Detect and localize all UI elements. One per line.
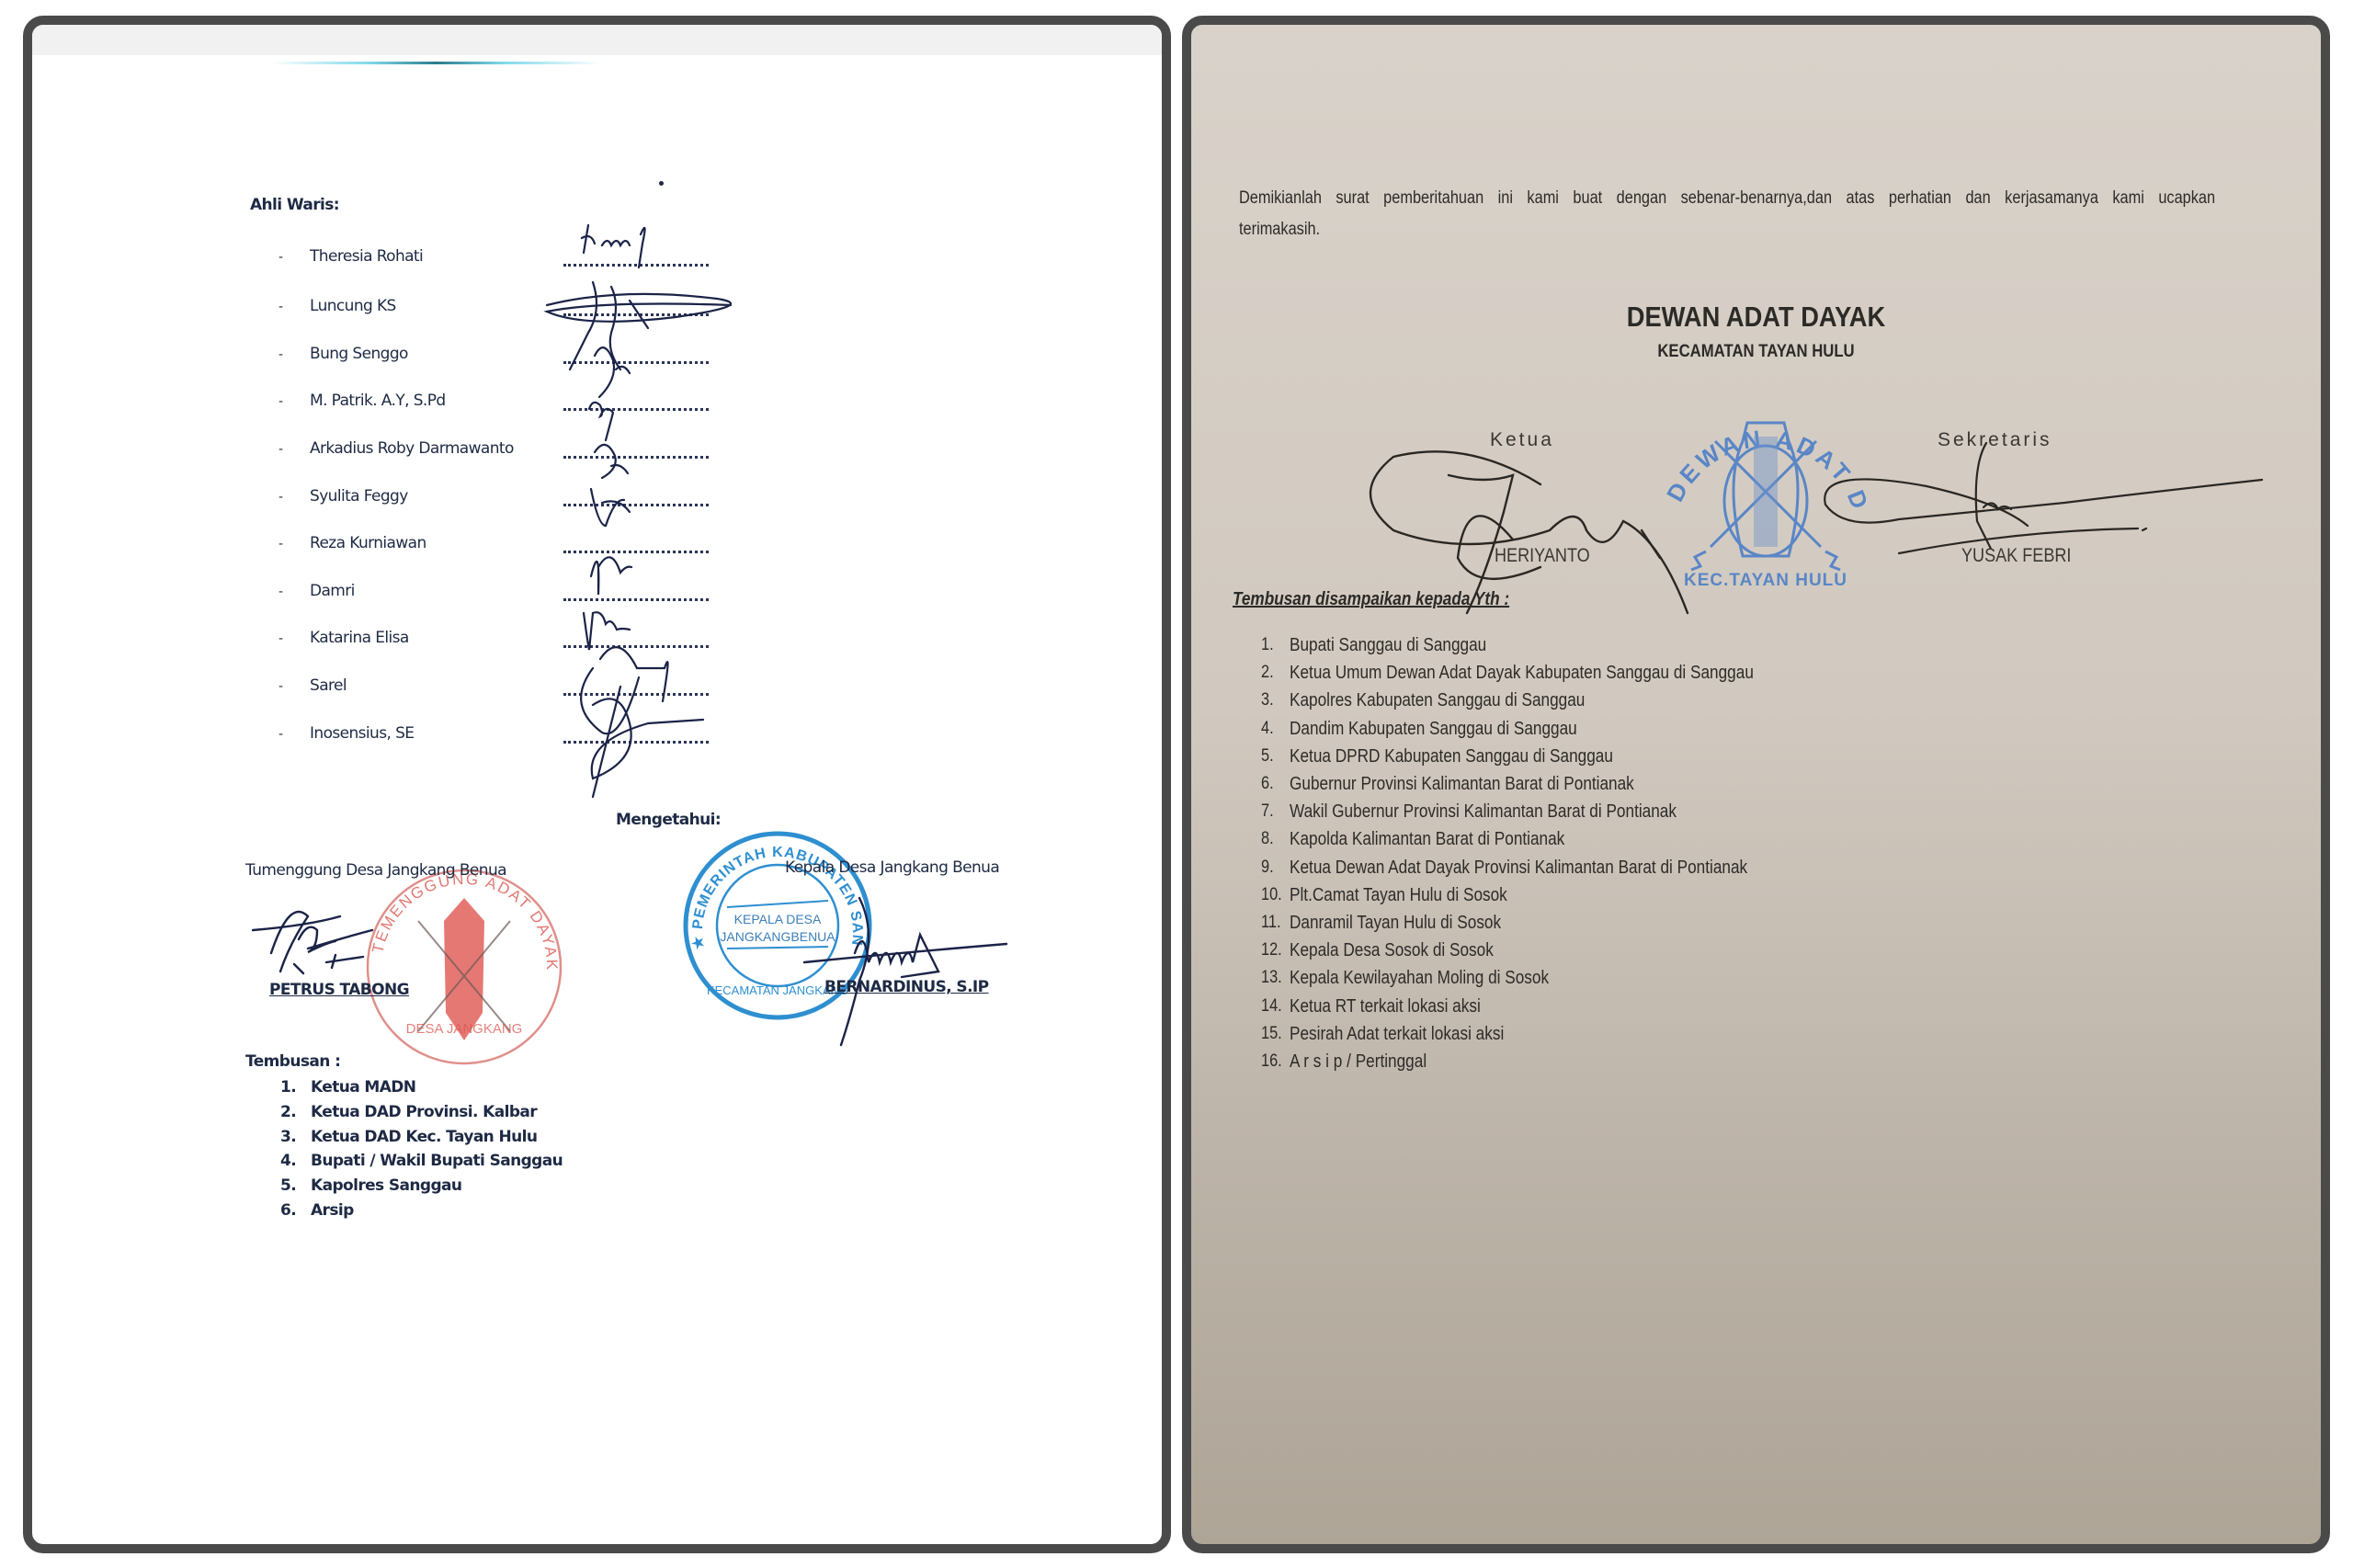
cc-number: 3.	[1261, 690, 1274, 710]
cc-number: 5.	[280, 1176, 296, 1195]
cc-number: 3.	[280, 1128, 296, 1146]
cc-number: 2.	[1261, 663, 1274, 683]
village-elder-name: PETRUS TABONG	[269, 981, 409, 999]
cc-heading-left: Tembusan :	[245, 1052, 340, 1071]
village-elder-title: Tumenggung Desa Jangkang Benua	[245, 861, 506, 880]
cc-text: Kapolres Sanggau	[311, 1176, 461, 1195]
closing-paragraph-line2: terimakasih.	[1239, 220, 1320, 240]
cc-number: 7.	[1261, 801, 1274, 822]
cc-text: Dandim Kabupaten Sanggau di Sanggau	[1290, 719, 1577, 740]
cc-text: Danramil Tayan Hulu di Sosok	[1290, 913, 1501, 934]
cc-number: 13.	[1261, 968, 1282, 988]
closing-paragraph-line1: Demikianlah surat pemberitahuan ini kami…	[1239, 188, 2215, 209]
chair-signature	[1357, 429, 1752, 613]
cc-text: Ketua DAD Kec. Tayan Hulu	[311, 1128, 537, 1146]
cc-text: Ketua RT terkait lokasi aksi	[1290, 996, 1481, 1017]
cc-text: Pesirah Adat terkait lokasi aksi	[1290, 1024, 1504, 1045]
village-head-name: BERNARDINUS, S.IP	[824, 978, 989, 996]
cc-number: 14.	[1261, 996, 1282, 1017]
acknowledged-label: Mengetahui:	[616, 811, 721, 829]
cc-text: Ketua Umum Dewan Adat Dayak Kabupaten Sa…	[1290, 663, 1754, 684]
cc-number: 5.	[1261, 746, 1274, 767]
cc-number: 4.	[280, 1152, 296, 1170]
cc-number: 2.	[280, 1103, 296, 1121]
cc-number: 1.	[280, 1078, 296, 1096]
village-elder-signature	[253, 898, 418, 990]
right-document-photo: Demikianlah surat pemberitahuan ini kami…	[1182, 16, 2330, 1553]
cc-number: 11.	[1261, 913, 1281, 933]
cc-text: Kepala Kewilayahan Moling di Sosok	[1290, 968, 1549, 989]
village-head-title: Kepala Desa Jangkang Benua	[785, 858, 999, 877]
cc-text: Kepala Desa Sosok di Sosok	[1290, 940, 1494, 961]
cc-number: 8.	[1261, 829, 1274, 849]
heir-signatures	[32, 25, 1162, 944]
cc-text: Ketua Dewan Adat Dayak Provinsi Kalimant…	[1290, 858, 1747, 879]
org-title: DEWAN ADAT DAYAK	[1259, 301, 2254, 334]
cc-text: Bupati Sanggau di Sanggau	[1290, 635, 1486, 656]
cc-number: 6.	[280, 1201, 296, 1220]
cc-text: Gubernur Provinsi Kalimantan Barat di Po…	[1290, 774, 1634, 795]
cc-number: 16.	[1261, 1051, 1282, 1072]
cc-number: 6.	[1261, 774, 1274, 794]
cc-text: Ketua MADN	[311, 1078, 415, 1096]
cc-number: 12.	[1261, 940, 1282, 960]
left-document-photo: Ahli Waris: -Theresia Rohati-Luncung KS-…	[23, 16, 1171, 1553]
cc-text: Ketua DAD Provinsi. Kalbar	[311, 1103, 537, 1121]
secretary-name: YUSAK FEBRI	[1961, 545, 2071, 567]
chair-name: HERIYANTO	[1495, 545, 1590, 567]
cc-text: Arsip	[311, 1201, 354, 1220]
village-head-signature	[804, 898, 1025, 1045]
cc-text: Bupati / Wakil Bupati Sanggau	[311, 1152, 563, 1170]
cc-number: 1.	[1261, 635, 1274, 655]
cc-text: Ketua DPRD Kabupaten Sanggau di Sanggau	[1290, 746, 1613, 767]
cc-number: 10.	[1261, 885, 1282, 905]
cc-heading-right: Tembusan disampaikan kepada Yth :	[1233, 589, 1509, 610]
cc-text: Kapolres Kabupaten Sanggau di Sanggau	[1290, 690, 1585, 711]
svg-text:DESA JANGKANG: DESA JANGKANG	[406, 1021, 523, 1037]
cc-number: 15.	[1261, 1024, 1282, 1044]
cc-number: 4.	[1261, 719, 1274, 739]
cc-text: A r s i p / Pertinggal	[1290, 1051, 1427, 1073]
cc-text: Kapolda Kalimantan Barat di Pontianak	[1290, 829, 1564, 850]
cc-number: 9.	[1261, 858, 1274, 878]
org-subtitle: KECAMATAN TAYAN HULU	[1259, 342, 2254, 362]
cc-text: Wakil Gubernur Provinsi Kalimantan Barat…	[1290, 801, 1677, 823]
cc-text: Plt.Camat Tayan Hulu di Sosok	[1290, 885, 1507, 906]
